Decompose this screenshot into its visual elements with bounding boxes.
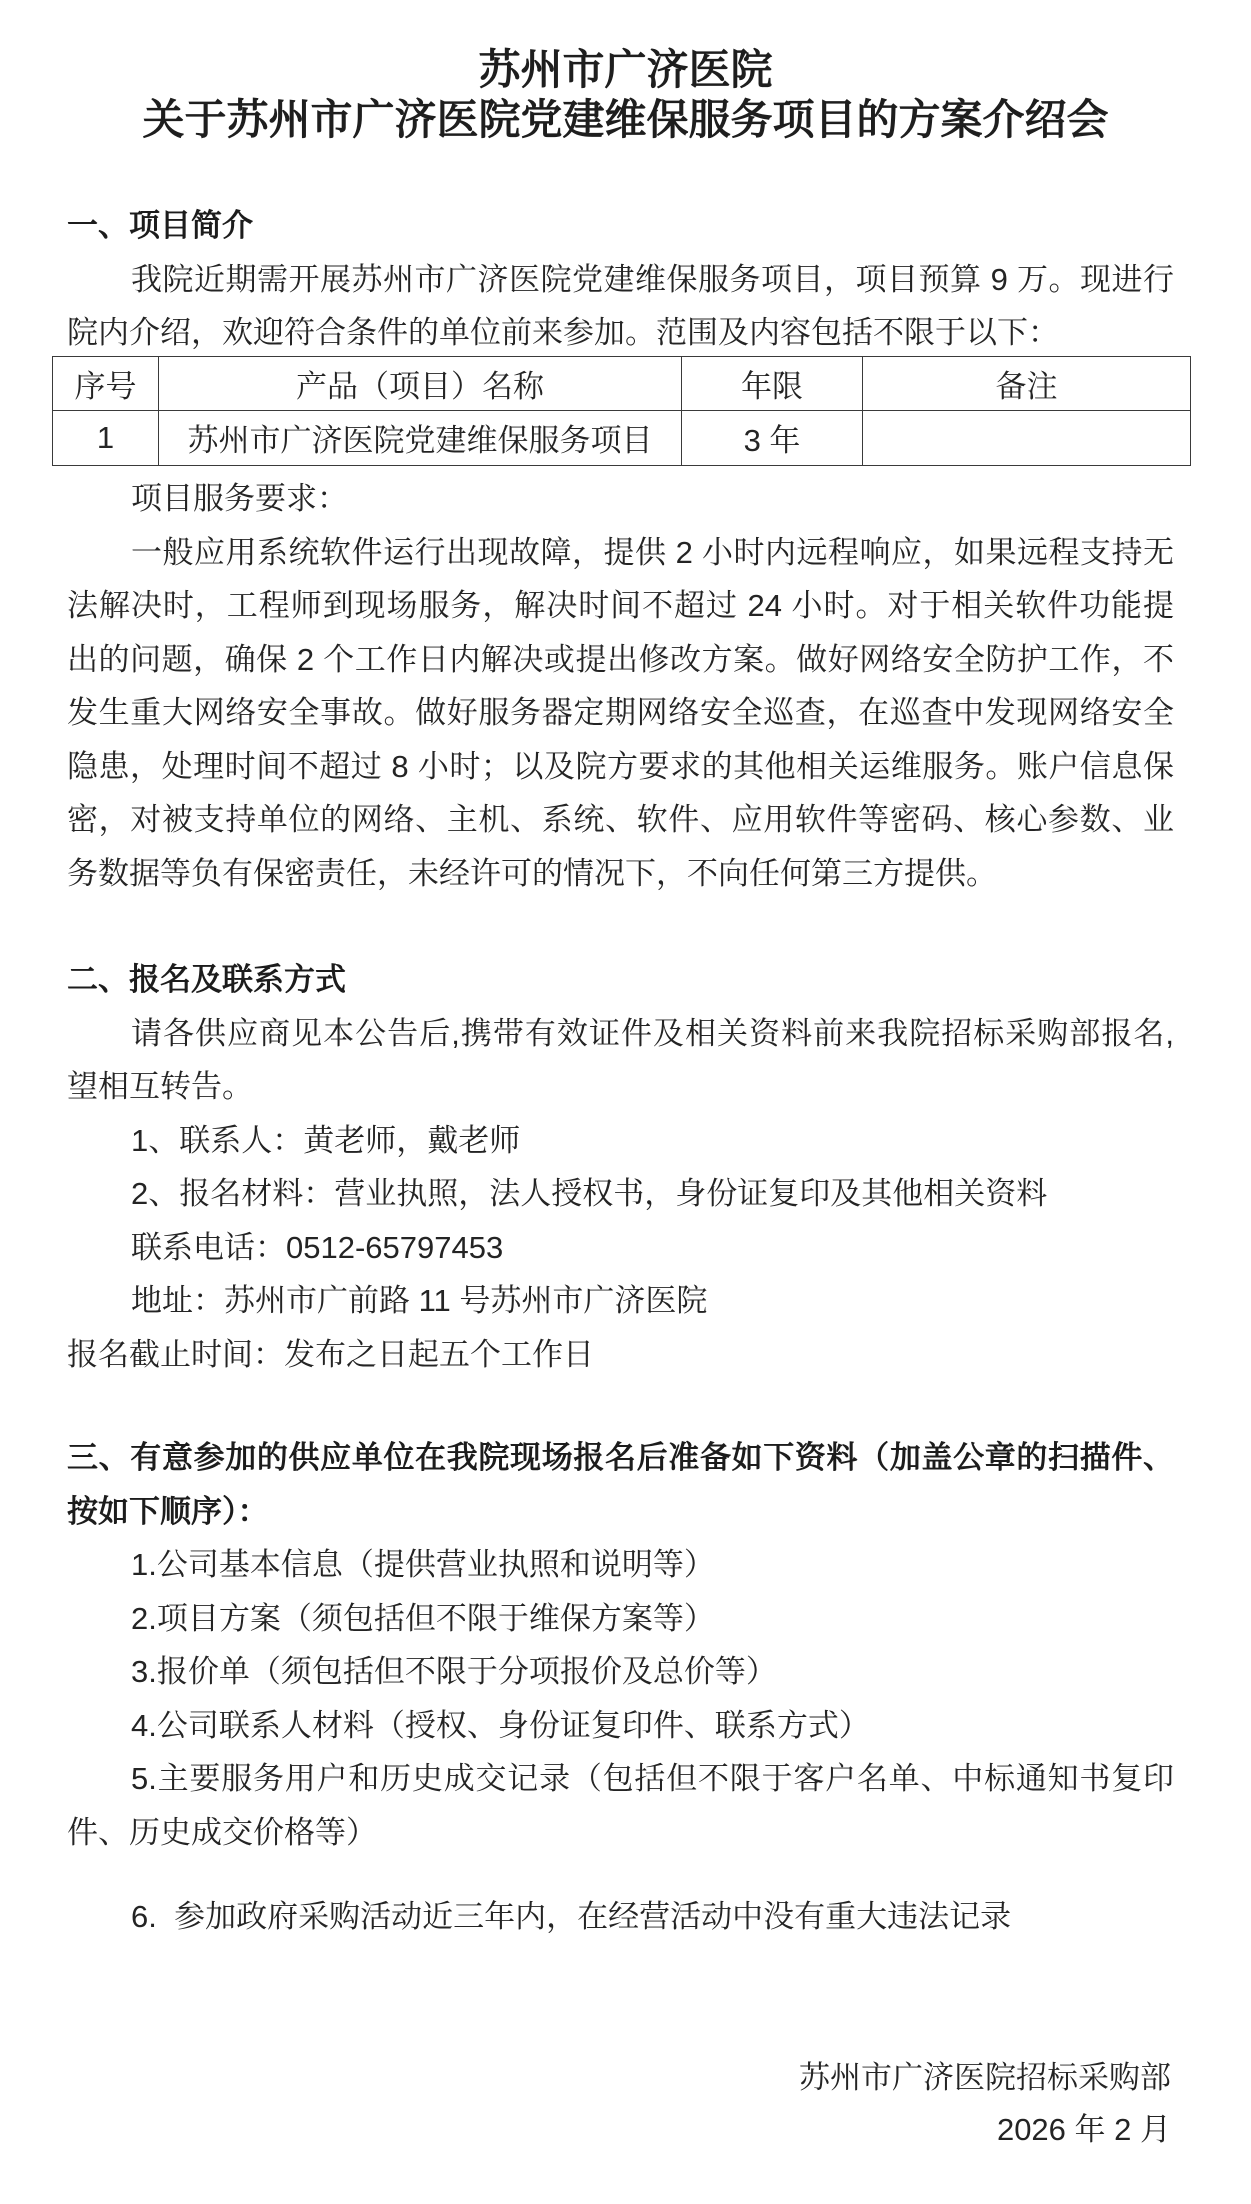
document-item: 6. 参加政府采购活动近三年内，在经营活动中没有重大违法记录 [67,1890,1174,1944]
address: 地址：苏州市广前路 11 号苏州市广济医院 [67,1274,1174,1328]
project-table: 序号 产品（项目）名称 年限 备注 1 苏州市广济医院党建维保服务项目 3 年 [52,356,1191,466]
section-heading-registration: 二、报名及联系方式 [67,953,1174,1007]
issue-date: 2026 年 2 月 [67,2103,1174,2157]
requirement-line: 一般应用系统软件运行出现故障，提供 2 小时内远程响应，如果远程支持无 [67,526,1174,580]
registration-deadline: 报名截止时间：发布之日起五个工作日 [67,1328,1174,1382]
notice-line: 望相互转告。 [67,1060,1174,1114]
table-cell-name: 苏州市广济医院党建维保服务项目 [159,410,682,465]
table-cell-index: 1 [53,410,159,465]
notice-line: 请各供应商见本公告后,携带有效证件及相关资料前来我院招标采购部报名, [67,1007,1174,1061]
table-header-cell-name: 产品（项目）名称 [159,356,682,410]
document-page: 苏州市广济医院 关于苏州市广济医院党建维保服务项目的方案介绍会 一、项目简介 我… [0,0,1251,2204]
contact-phone-line: 联系电话：0512-65797453 [67,1221,1174,1275]
requirement-line: 法解决时，工程师到现场服务，解决时间不超过 24 小时。对于相关软件功能提 [67,579,1174,633]
document-item-continuation: 件、历史成交价格等） [67,1806,1174,1860]
table-header-row: 序号 产品（项目）名称 年限 备注 [53,356,1191,410]
table-header-cell-term: 年限 [682,356,863,410]
requirement-line: 密，对被支持单位的网络、主机、系统、软件、应用软件等密码、核心参数、业 [67,793,1174,847]
section-heading-required-documents: 三、有意参加的供应单位在我院现场报名后准备如下资料（加盖公章的扫描件、 [67,1431,1174,1485]
document-item: 4.公司联系人材料（授权、身份证复印件、联系方式） [67,1699,1174,1753]
document-item: 5.主要服务用户和历史成交记录（包括但不限于客户名单、中标通知书复印 [67,1752,1174,1806]
intro-line: 院内介绍，欢迎符合条件的单位前来参加。范围及内容包括不限于以下： [67,306,1174,360]
section-heading-project-intro: 一、项目简介 [67,199,1174,253]
table-cell-term: 3 年 [682,410,863,465]
table-header-cell-index: 序号 [53,356,159,410]
document-body: 苏州市广济医院 关于苏州市广济医院党建维保服务项目的方案介绍会 一、项目简介 我… [67,0,1174,2157]
intro-line: 我院近期需开展苏州市广济医院党建维保服务项目，项目预算 9 万。现进行 [67,253,1174,307]
title-block: 苏州市广济医院 关于苏州市广济医院党建维保服务项目的方案介绍会 [0,0,1251,145]
table-cell-remarks [863,410,1191,465]
requirement-line: 务数据等负有保密责任，未经许可的情况下，不向任何第三方提供。 [67,847,1174,901]
document-subtitle: 关于苏州市广济医院党建维保服务项目的方案介绍会 [0,95,1251,145]
requirements-label: 项目服务要求： [67,472,1174,526]
section-heading-required-documents-cont: 按如下顺序）： [67,1485,1174,1539]
registration-materials: 2、报名材料：营业执照，法人授权书，身份证复印及其他相关资料 [67,1167,1174,1221]
document-item: 1.公司基本信息（提供营业执照和说明等） [67,1538,1174,1592]
table-header-cell-remarks: 备注 [863,356,1191,410]
document-item: 2.项目方案（须包括但不限于维保方案等） [67,1592,1174,1646]
phone-label: 联系电话： [131,1230,286,1265]
issuer-department: 苏州市广济医院招标采购部 [67,2051,1174,2105]
requirement-line: 出的问题，确保 2 个工作日内解决或提出修改方案。做好网络安全防护工作，不 [67,633,1174,687]
phone-number: 0512-65797453 [286,1230,503,1265]
document-item: 3.报价单（须包括但不限于分项报价及总价等） [67,1645,1174,1699]
requirement-line: 发生重大网络安全事故。做好服务器定期网络安全巡查，在巡查中发现网络安全 [67,686,1174,740]
requirement-line: 隐患，处理时间不超过 8 小时；以及院方要求的其他相关运维服务。账户信息保 [67,740,1174,794]
table-row: 1 苏州市广济医院党建维保服务项目 3 年 [53,410,1191,465]
document-title: 苏州市广济医院 [0,45,1251,95]
contact-person: 1、联系人：黄老师，戴老师 [67,1114,1174,1168]
